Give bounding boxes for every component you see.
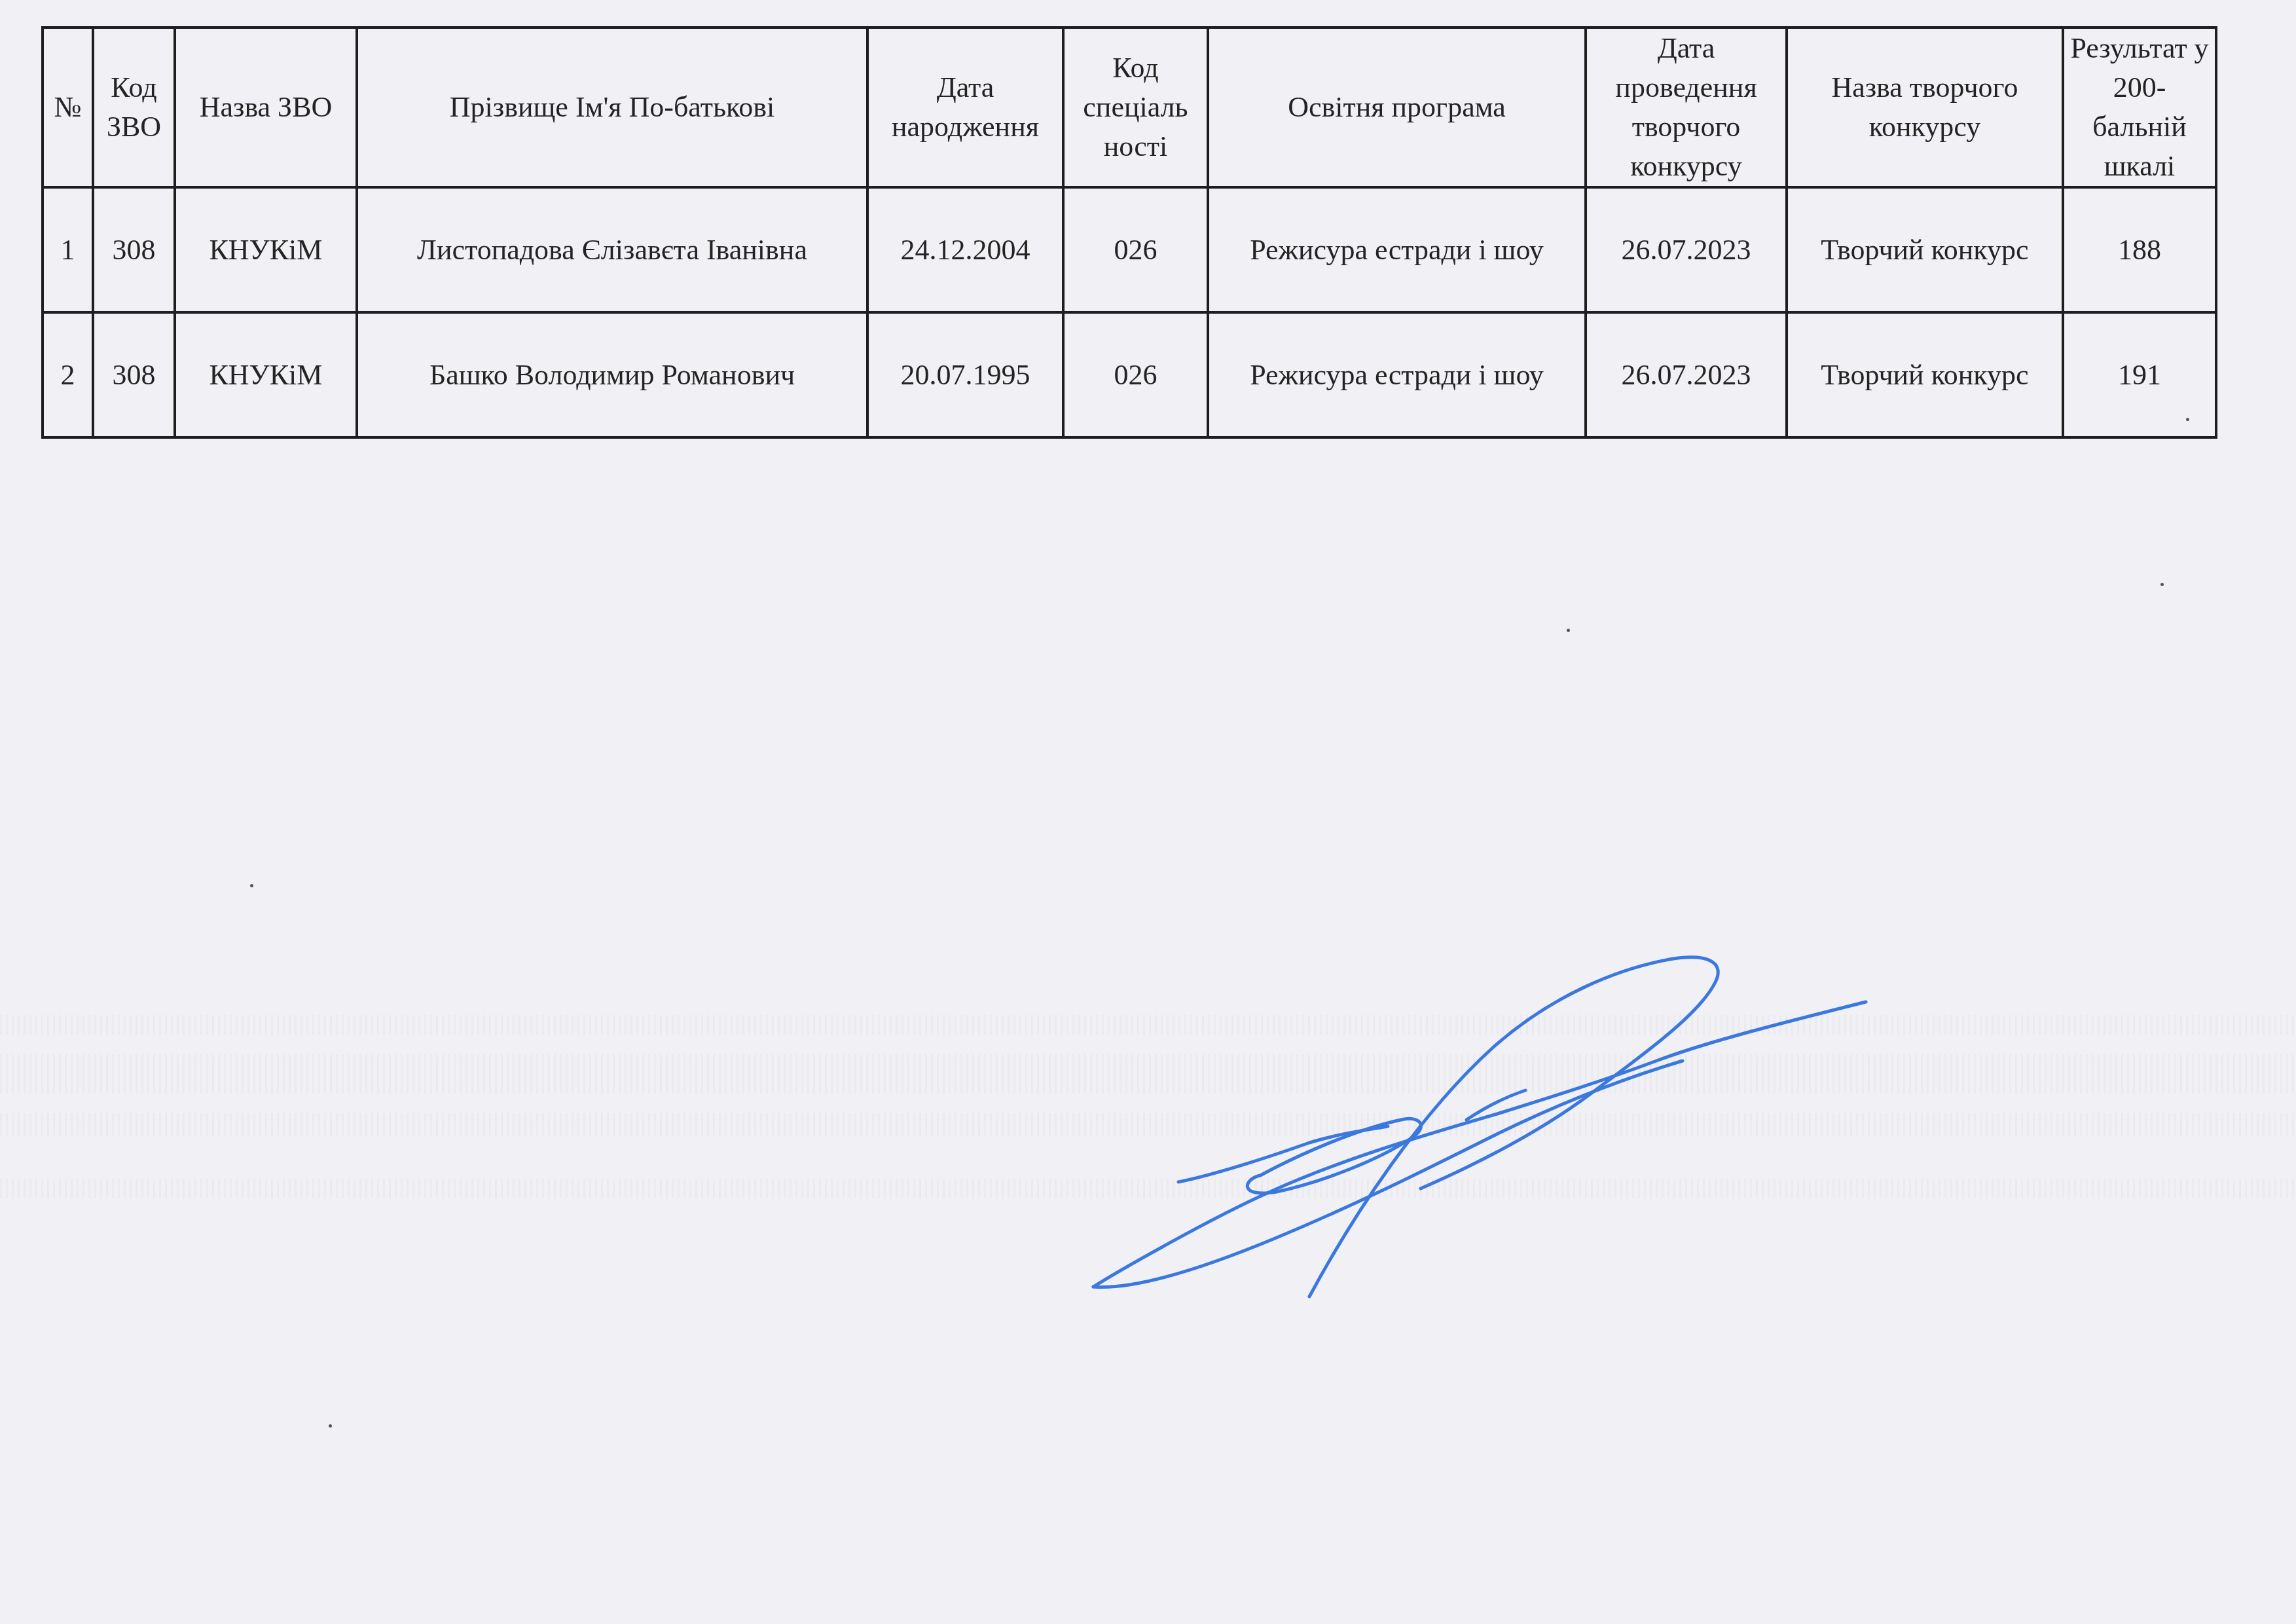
header-institution-code: Код ЗВО (93, 28, 175, 187)
cell-program: Режисура естради і шоу (1208, 312, 1586, 437)
header-contest-name: Назва творчого конкурсу (1787, 28, 2063, 187)
cell-contest-date: 26.07.2023 (1586, 187, 1787, 312)
scan-speck (2186, 418, 2189, 421)
cell-institution-name: КНУКіМ (175, 312, 357, 437)
cell-number: 1 (43, 187, 93, 312)
cell-full-name: Листопадова Єлізавєта Іванівна (357, 187, 867, 312)
header-institution-name: Назва ЗВО (175, 28, 357, 187)
cell-contest-date: 26.07.2023 (1586, 312, 1787, 437)
scan-speck (250, 884, 253, 887)
cell-specialty-code: 026 (1063, 312, 1208, 437)
header-program: Освітня програма (1208, 28, 1586, 187)
cell-institution-name: КНУКіМ (175, 187, 357, 312)
table-header-row: № Код ЗВО Назва ЗВО Прізвище Ім'я По-бат… (43, 28, 2216, 187)
scan-speck (2160, 583, 2164, 586)
signature-icon (1080, 930, 2062, 1336)
header-birth-date: Дата народження (867, 28, 1063, 187)
cell-specialty-code: 026 (1063, 187, 1208, 312)
cell-birth-date: 20.07.1995 (867, 312, 1063, 437)
cell-number: 2 (43, 312, 93, 437)
cell-institution-code: 308 (93, 187, 175, 312)
header-score: Результат у 200-бальній шкалі (2063, 28, 2216, 187)
header-contest-date: Дата проведення творчого конкурсу (1586, 28, 1787, 187)
header-full-name: Прізвище Ім'я По-батькові (357, 28, 867, 187)
cell-contest-name: Творчий конкурс (1787, 312, 2063, 437)
header-number: № (43, 28, 93, 187)
cell-score: 188 (2063, 187, 2216, 312)
header-specialty-code: Код спеціаль ності (1063, 28, 1208, 187)
cell-full-name: Башко Володимир Романович (357, 312, 867, 437)
table-row: 2 308 КНУКіМ Башко Володимир Романович 2… (43, 312, 2216, 437)
table-row: 1 308 КНУКіМ Листопадова Єлізавєта Івані… (43, 187, 2216, 312)
cell-score: 191 (2063, 312, 2216, 437)
cell-birth-date: 24.12.2004 (867, 187, 1063, 312)
cell-program: Режисура естради і шоу (1208, 187, 1586, 312)
cell-institution-code: 308 (93, 312, 175, 437)
scan-speck (329, 1424, 332, 1428)
cell-contest-name: Творчий конкурс (1787, 187, 2063, 312)
scan-speck (1567, 629, 1570, 632)
admission-results-table: № Код ЗВО Назва ЗВО Прізвище Ім'я По-бат… (41, 26, 2217, 439)
